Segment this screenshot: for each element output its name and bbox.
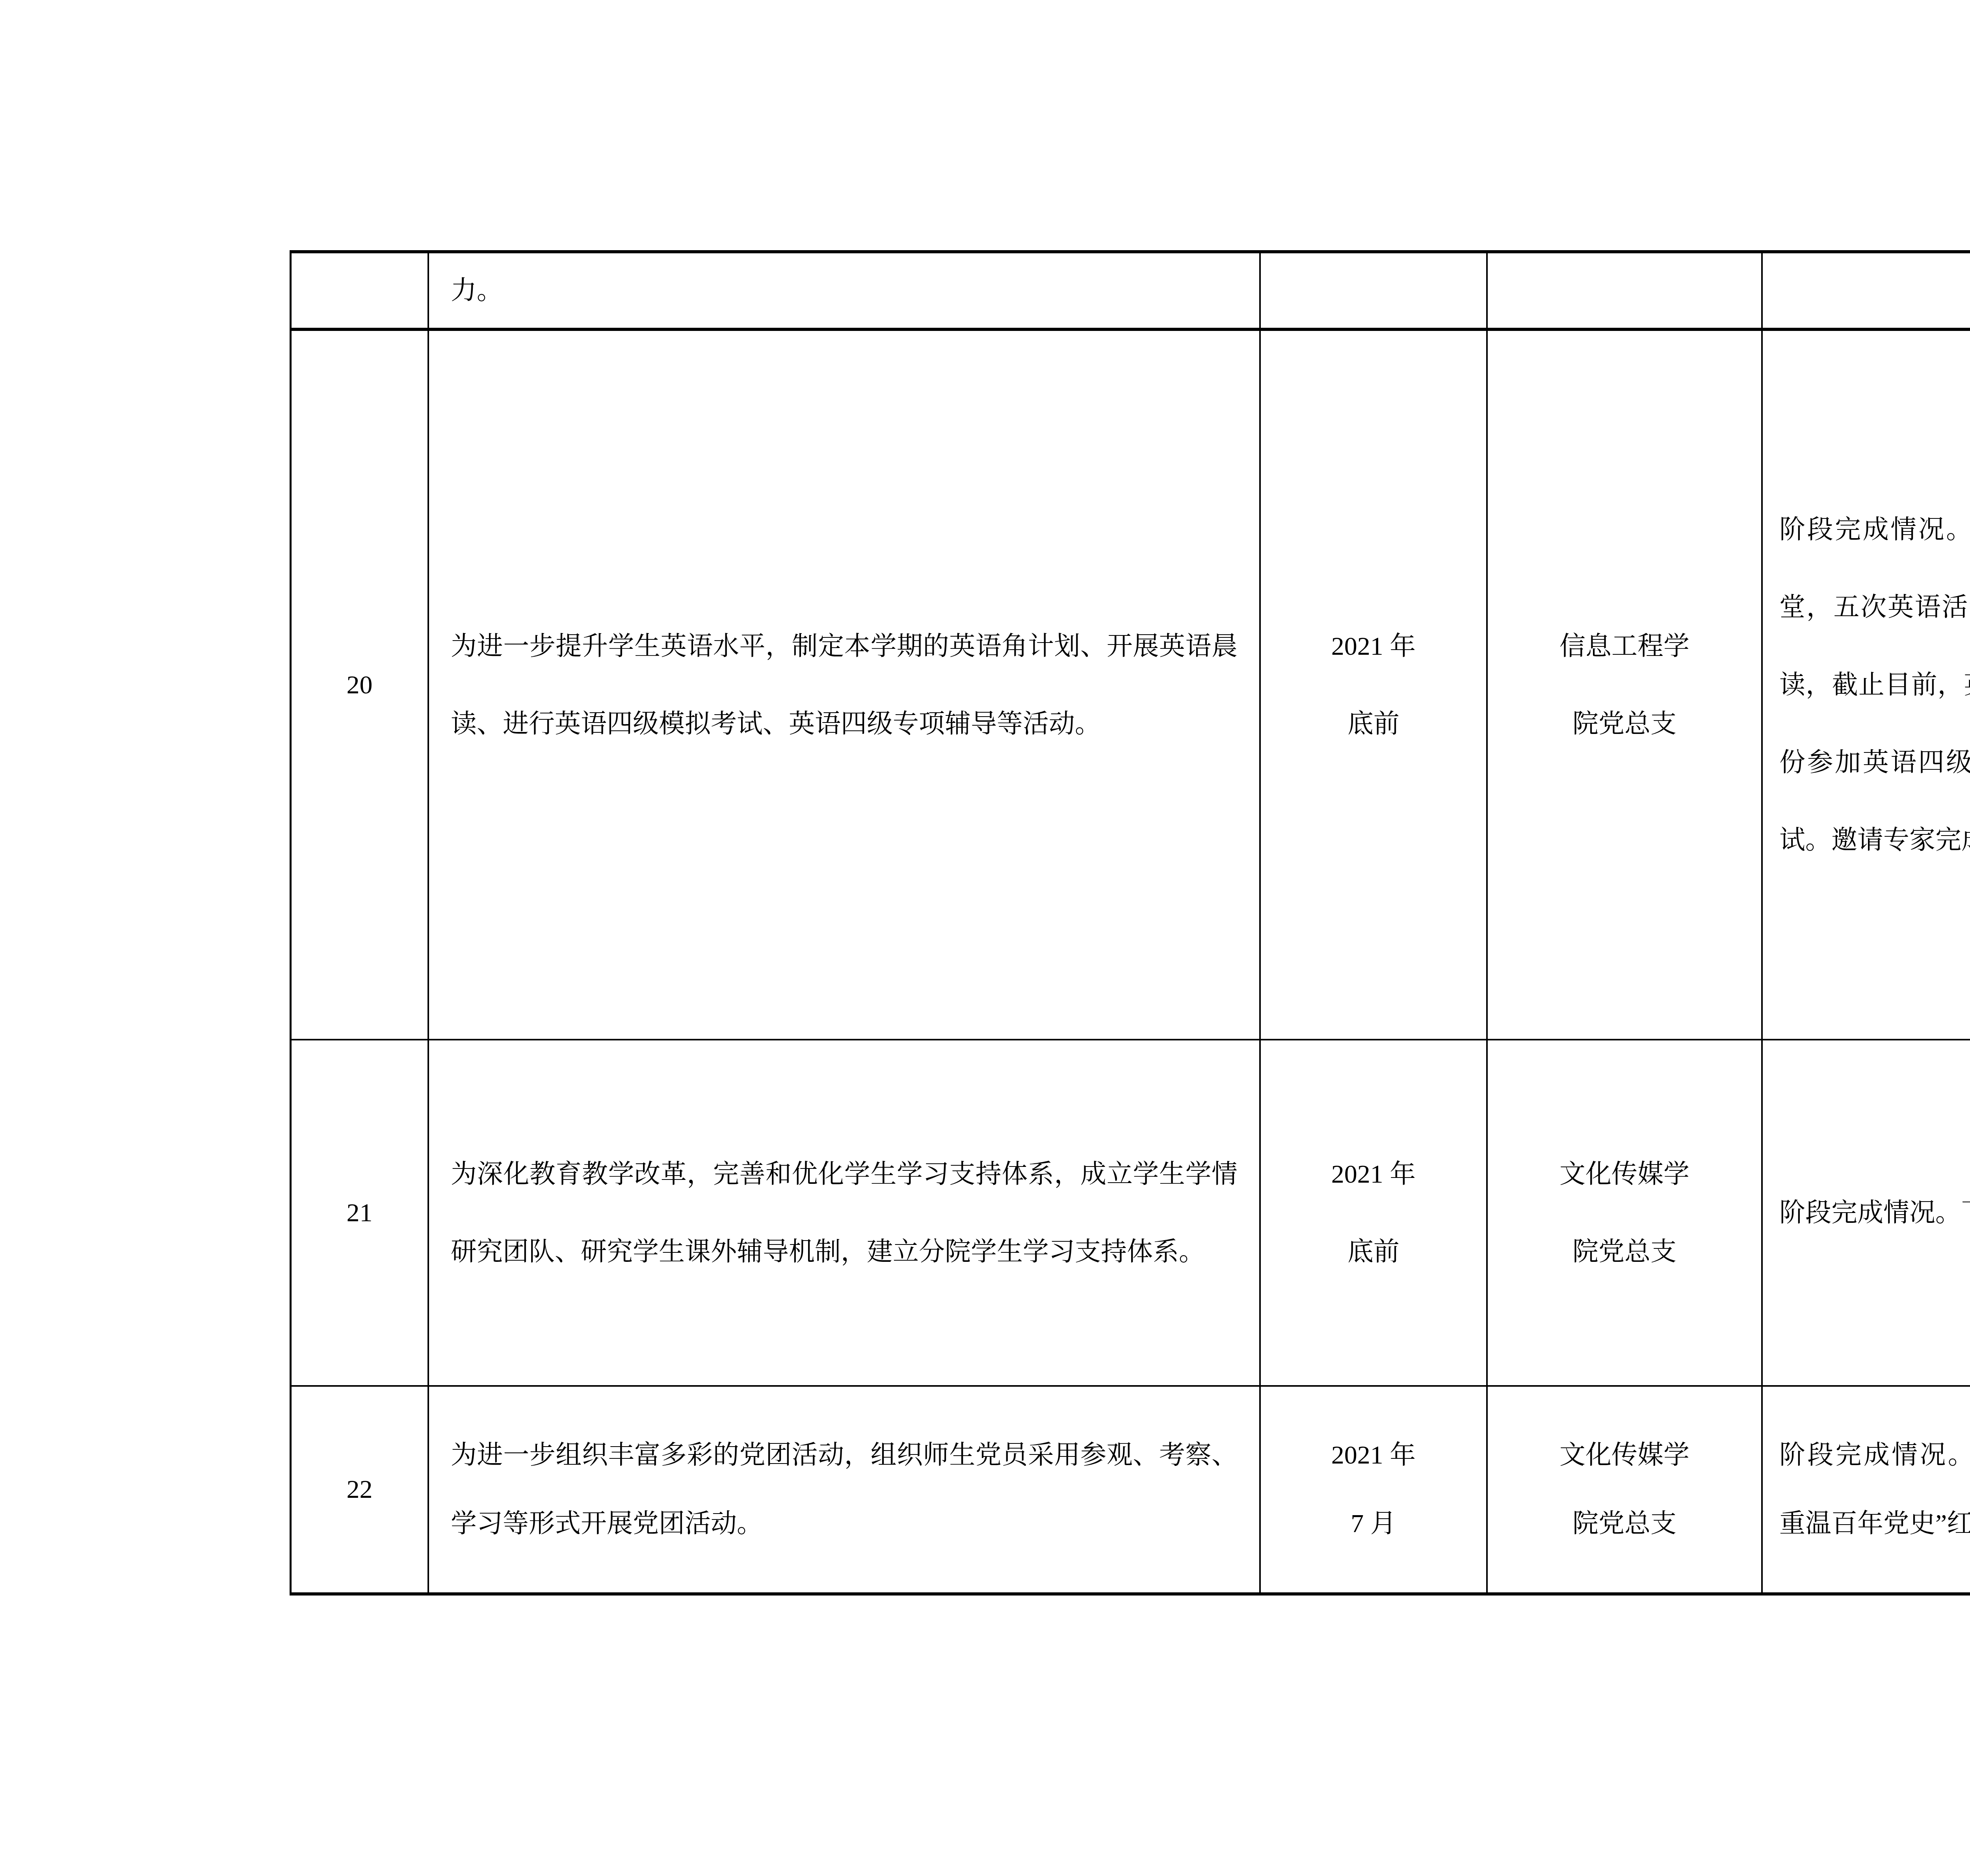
- task-text: 力。: [451, 253, 1238, 329]
- department-line: 院党总支: [1488, 1213, 1761, 1291]
- task-cell: 为进一步组织丰富多彩的党团活动，组织师生党员采用参观、考察、学习等形式开展党团活…: [429, 1387, 1261, 1592]
- task-cell: 为进一步提升学生英语水平，制定本学期的英语角计划、开展英语晨读、进行英语四级模拟…: [429, 331, 1261, 1040]
- deadline-line: 2021 年: [1261, 1135, 1486, 1213]
- department-cell: 文化传媒学 院党总支: [1488, 1040, 1763, 1387]
- deadline-cell: 2021 年 底前: [1261, 331, 1488, 1040]
- serial-number: 22: [292, 1455, 427, 1524]
- task-cell: 为深化教育教学改革，完善和优化学生学习支持体系，成立学生学情研究团队、研究学生课…: [429, 1040, 1261, 1387]
- status-text: 阶段完成情况。下学期启动。: [1779, 1174, 1970, 1252]
- serial-number-cell: 22: [292, 1387, 429, 1592]
- task-cell: 力。: [429, 253, 1261, 331]
- status-text: 阶段完成情况。完成一次英语讲座，三次翻转课堂，五次英语活动。并在 20 级学生中…: [1779, 491, 1970, 879]
- deadline-line: 2021 年: [1261, 607, 1486, 685]
- serial-number-cell: [292, 253, 429, 331]
- serial-number-cell: 21: [292, 1040, 429, 1387]
- status-cell: 阶段完成情况。完成一次英语讲座，三次翻转课堂，五次英语活动。并在 20 级学生中…: [1763, 331, 1970, 1040]
- department-line: 信息工程学: [1488, 607, 1761, 685]
- department-cell: [1488, 253, 1763, 331]
- department-cell: 文化传媒学 院党总支: [1488, 1387, 1763, 1592]
- task-text: 为进一步组织丰富多彩的党团活动，组织师生党员采用参观、考察、学习等形式开展党团活…: [451, 1421, 1238, 1558]
- status-cell: 阶段完成情况。6 月 23 日，举行“共度红色经典 重温百年党史”红色经典朗读活…: [1763, 1387, 1970, 1592]
- deadline-line: 7 月: [1261, 1490, 1486, 1558]
- deadline-cell: 2021 年 7 月: [1261, 1387, 1488, 1592]
- deadline-cell: [1261, 253, 1488, 331]
- task-text: 为进一步提升学生英语水平，制定本学期的英语角计划、开展英语晨读、进行英语四级模拟…: [451, 607, 1238, 763]
- serial-number-cell: 20: [292, 331, 429, 1040]
- department-line: 文化传媒学: [1488, 1135, 1761, 1213]
- serial-number: 21: [292, 1174, 427, 1252]
- document-page: { "page": { "background": "#ffffff", "bo…: [0, 0, 1970, 1876]
- deadline-cell: 2021 年 底前: [1261, 1040, 1488, 1387]
- status-cell: 阶段完成情况。下学期启动。: [1763, 1040, 1970, 1387]
- status-text: 阶段完成情况。6 月 23 日，举行“共度红色经典 重温百年党史”红色经典朗读活…: [1779, 1421, 1970, 1558]
- department-line: 院党总支: [1488, 1490, 1761, 1558]
- task-text: 为深化教育教学改革，完善和优化学生学习支持体系，成立学生学情研究团队、研究学生课…: [451, 1135, 1238, 1291]
- department-line: 文化传媒学: [1488, 1421, 1761, 1490]
- serial-number: 20: [292, 646, 427, 724]
- work-progress-table: 力。 20 为进一步提升学生英语水平，制定本学期的英语角计划、开展英语晨读、进行…: [290, 250, 1970, 1596]
- deadline-line: 2021 年: [1261, 1421, 1486, 1490]
- department-cell: 信息工程学 院党总支: [1488, 331, 1763, 1040]
- status-cell: [1763, 253, 1970, 331]
- department-line: 院党总支: [1488, 685, 1761, 763]
- deadline-line: 底前: [1261, 1213, 1486, 1291]
- deadline-line: 底前: [1261, 685, 1486, 763]
